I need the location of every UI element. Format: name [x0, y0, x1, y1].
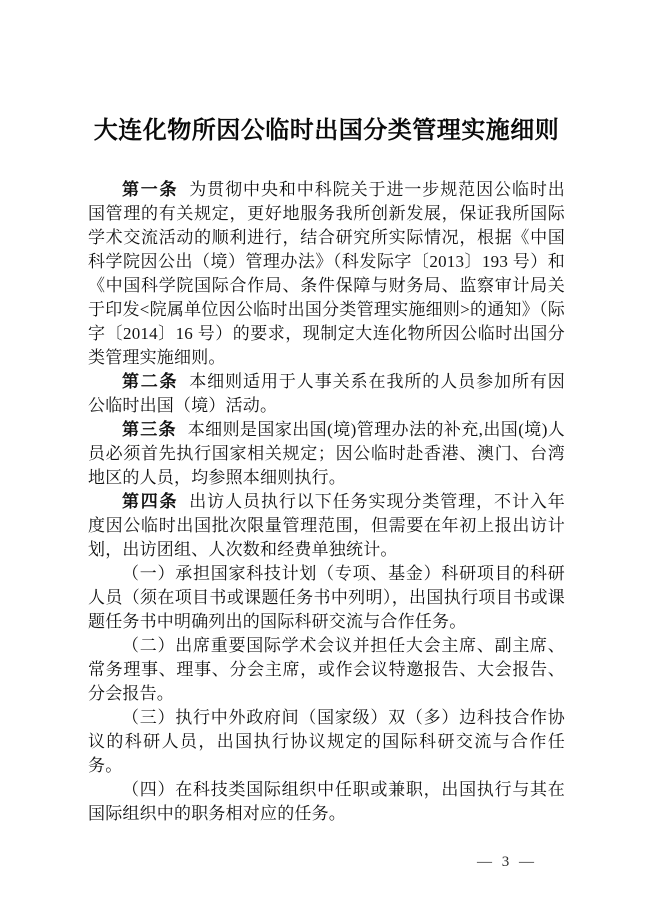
paragraph-text: （二）出席重要国际学术会议并担任大会主席、副主席、常务理事、理事、分会主席，或作… [88, 636, 565, 703]
document-title: 大连化物所因公临时出国分类管理实施细则 [88, 112, 565, 150]
paragraph-text: （三）执行中外政府间（国家级）双（多）边科技合作协议的科研人员，出国执行协议规定… [88, 708, 565, 775]
paragraph: 第三条本细则是国家出国(境)管理办法的补充,出国(境)人员必须首先执行国家相关规… [88, 418, 565, 490]
document-page: 大连化物所因公临时出国分类管理实施细则 第一条为贯彻中央和中科院关于进一步规范因… [0, 0, 650, 919]
paragraph: （一）承担国家科技计划（专项、基金）科研项目的科研人员（须在项目书或课题任务书中… [88, 562, 565, 634]
article-label: 第一条 [122, 180, 178, 199]
paragraph: （二）出席重要国际学术会议并担任大会主席、副主席、常务理事、理事、分会主席，或作… [88, 634, 565, 706]
paragraph: （四）在科技类国际组织中任职或兼职，出国执行与其在国际组织中的职务相对应的任务。 [88, 778, 565, 826]
paragraph-text: 为贯彻中央和中科院关于进一步规范因公临时出国管理的有关规定，更好地服务我所创新发… [88, 180, 565, 367]
paragraph: 第一条为贯彻中央和中科院关于进一步规范因公临时出国管理的有关规定，更好地服务我所… [88, 178, 565, 370]
paragraph: 第二条本细则适用于人事关系在我所的人员参加所有因公临时出国（境）活动。 [88, 370, 565, 418]
paragraph: （三）执行中外政府间（国家级）双（多）边科技合作协议的科研人员，出国执行协议规定… [88, 706, 565, 778]
article-label: 第三条 [122, 420, 177, 439]
paragraph-text: （四）在科技类国际组织中任职或兼职，出国执行与其在国际组织中的职务相对应的任务。 [88, 780, 565, 823]
document-body: 第一条为贯彻中央和中科院关于进一步规范因公临时出国管理的有关规定，更好地服务我所… [88, 178, 565, 826]
article-label: 第二条 [122, 372, 178, 391]
article-label: 第四条 [122, 492, 178, 511]
paragraph: 第四条出访人员执行以下任务实现分类管理，不计入年度因公临时出国批次限量管理范围，… [88, 490, 565, 562]
paragraph-text: （一）承担国家科技计划（专项、基金）科研项目的科研人员（须在项目书或课题任务书中… [88, 564, 565, 631]
page-number: — 3 — [88, 852, 565, 872]
